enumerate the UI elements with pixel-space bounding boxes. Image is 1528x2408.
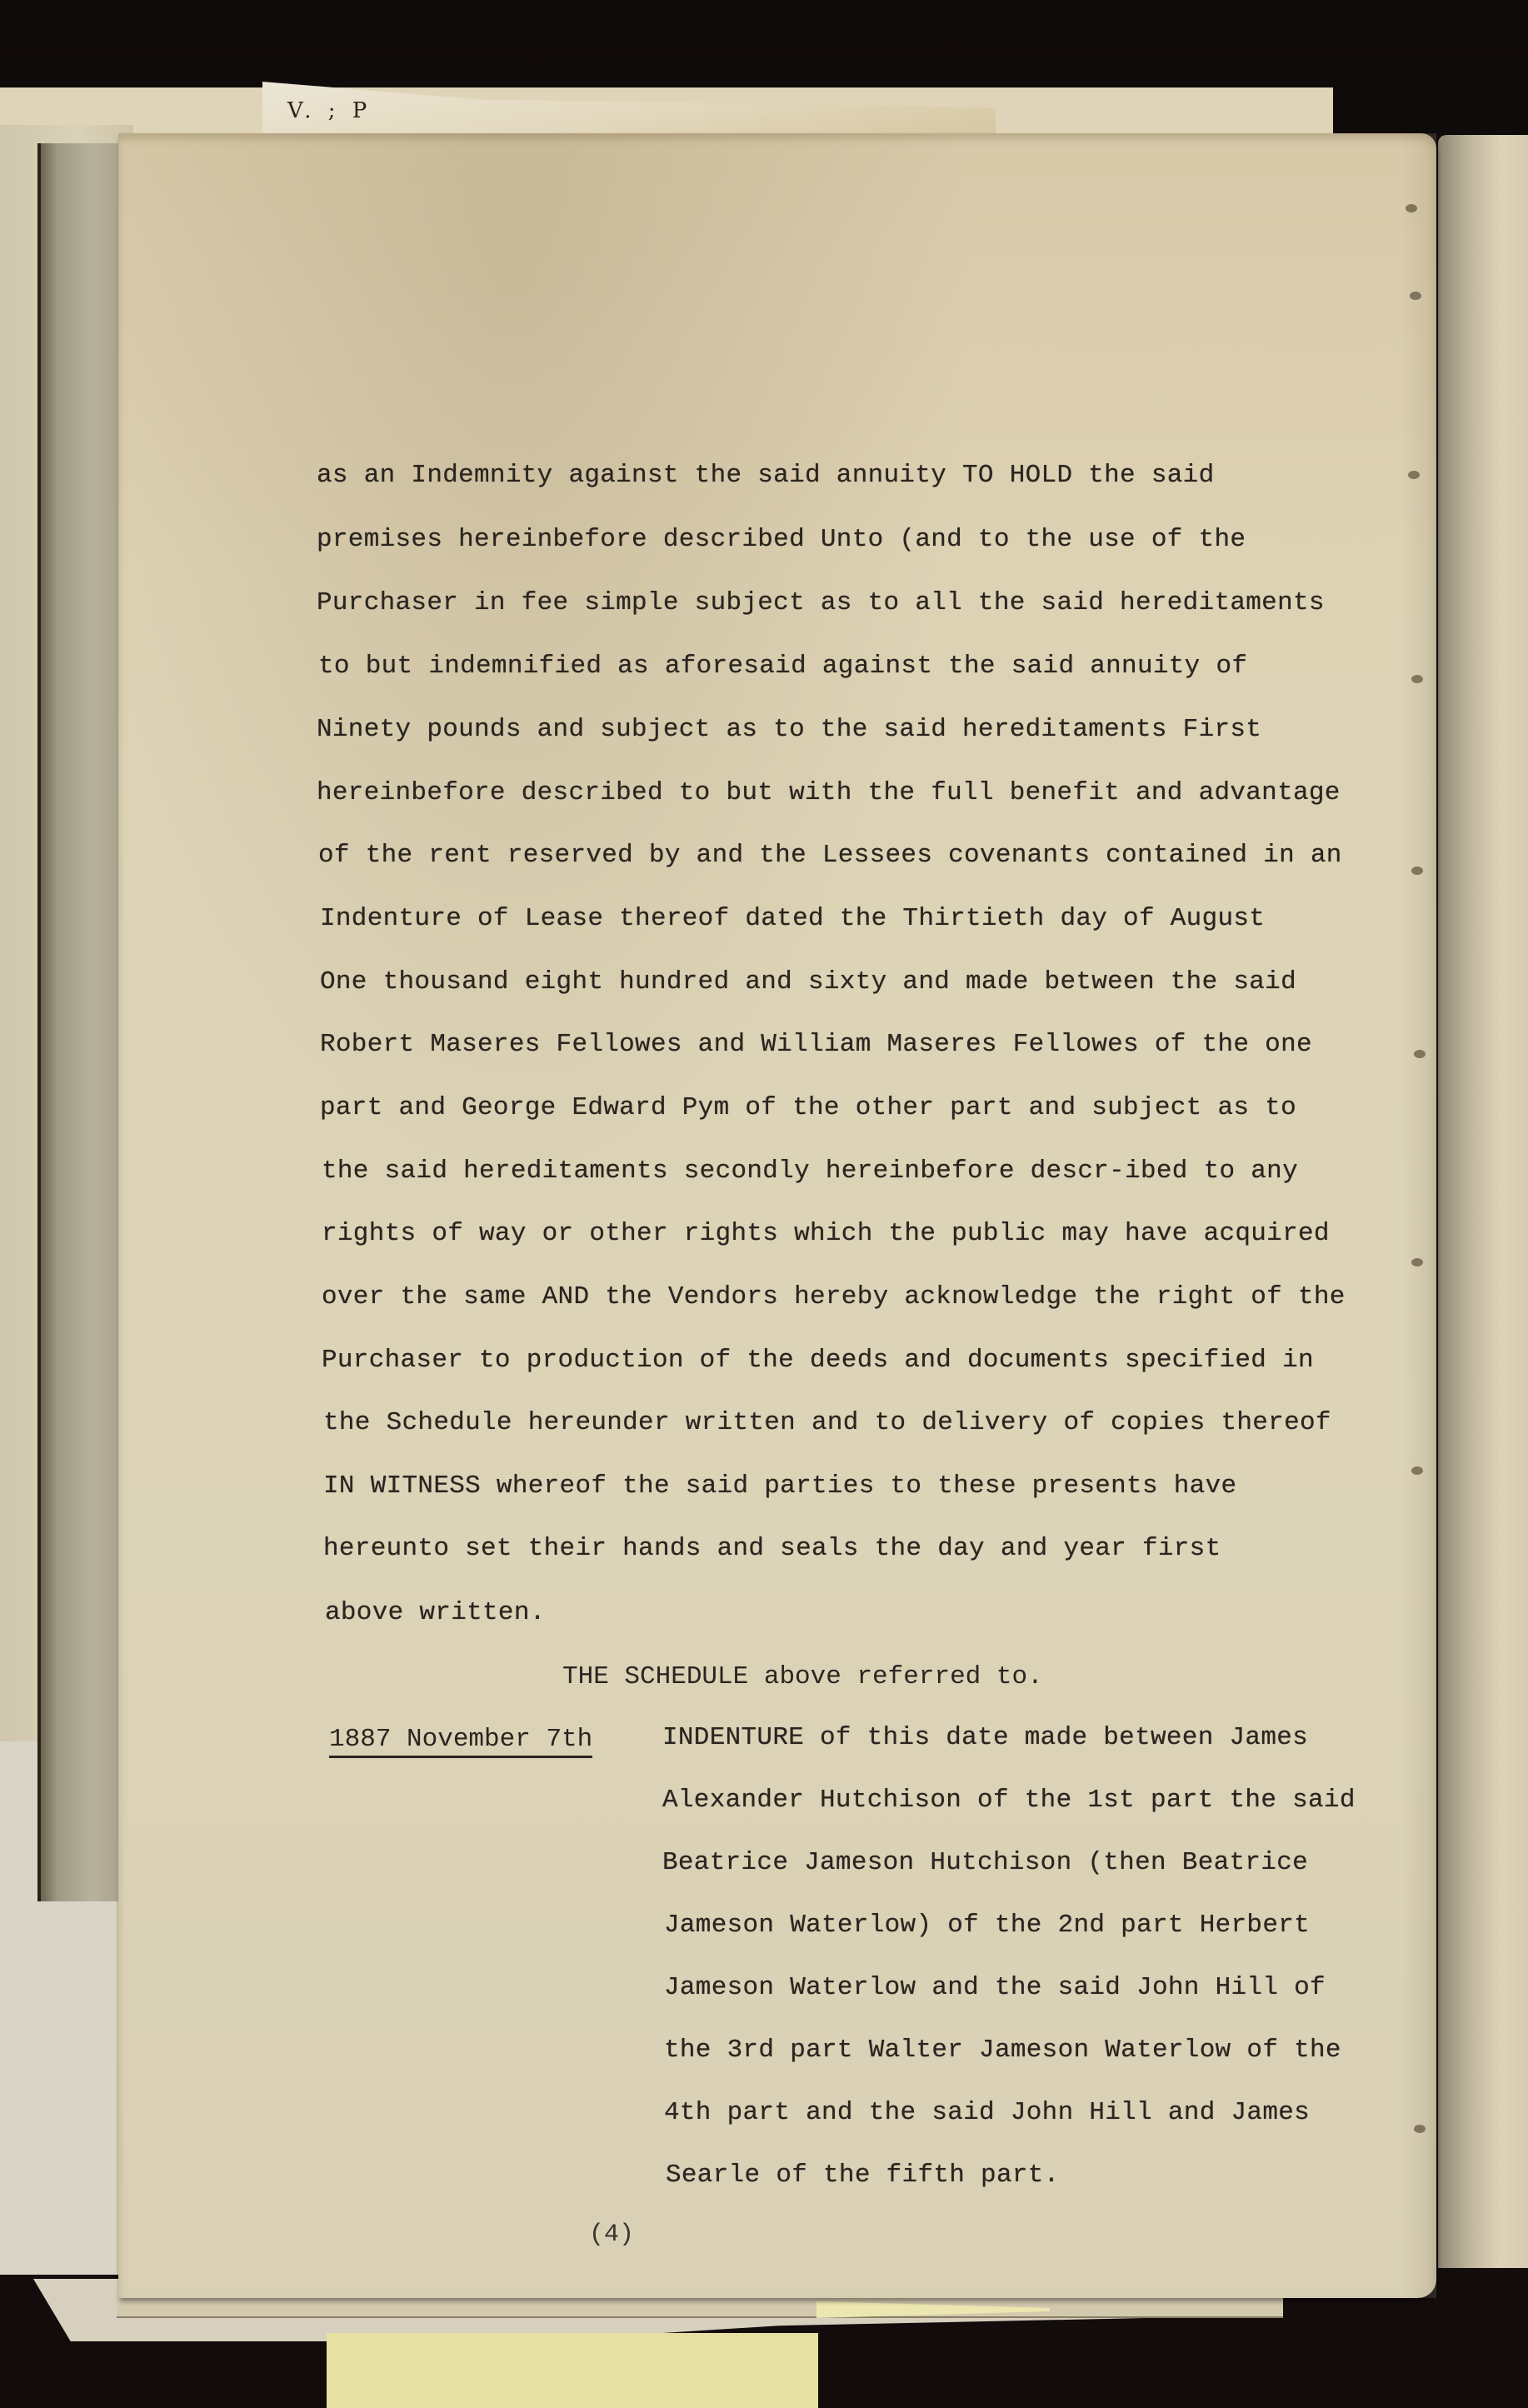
body-line: hereinbefore described to but with the f… bbox=[317, 780, 1341, 806]
body-line: to but indemnified as aforesaid against … bbox=[318, 653, 1247, 679]
right-facing-page-edge bbox=[1438, 135, 1528, 2268]
body-line: above written. bbox=[325, 1600, 546, 1626]
schedule-line: Jameson Waterlow) of the 2nd part Herber… bbox=[664, 1912, 1310, 1938]
binding-hole bbox=[1406, 204, 1417, 212]
body-line: rights of way or other rights which the … bbox=[322, 1221, 1330, 1246]
body-line: over the same AND the Vendors hereby ack… bbox=[322, 1284, 1346, 1310]
schedule-line: Jameson Waterlow and the said John Hill … bbox=[664, 1975, 1326, 2001]
schedule-line: the 3rd part Walter Jameson Waterlow of … bbox=[664, 2037, 1341, 2063]
schedule-line: Beatrice Jameson Hutchison (then Beatric… bbox=[662, 1850, 1308, 1876]
body-line: the said hereditaments secondly hereinbe… bbox=[322, 1158, 1298, 1184]
binding-hole bbox=[1414, 1050, 1426, 1058]
page-edge-stains bbox=[1401, 133, 1436, 2298]
body-line: Purchaser to production of the deeds and… bbox=[322, 1347, 1314, 1373]
binding-hole bbox=[1411, 1258, 1423, 1266]
binding-hole bbox=[1408, 471, 1420, 479]
body-line: as an Indemnity against the said annuity… bbox=[317, 462, 1214, 488]
body-line: Ninety pounds and subject as to the said… bbox=[317, 717, 1261, 742]
body-line: the Schedule hereunder written and to de… bbox=[323, 1410, 1331, 1436]
body-line: premises hereinbefore described Unto (an… bbox=[317, 527, 1246, 552]
body-line: part and George Edward Pym of the other … bbox=[320, 1095, 1296, 1121]
body-line: Purchaser in fee simple subject as to al… bbox=[317, 590, 1325, 616]
body-line: hereunto set their hands and seals the d… bbox=[323, 1536, 1221, 1561]
binding-hole bbox=[1414, 2125, 1426, 2133]
yellow-paper-slip bbox=[327, 2333, 818, 2408]
body-line: Indenture of Lease thereof dated the Thi… bbox=[320, 906, 1265, 932]
schedule-line: 4th part and the said John Hill and Jame… bbox=[664, 2100, 1310, 2126]
top-tab-handwritten-marks: V. ; P bbox=[287, 98, 372, 123]
schedule-line: Searle of the fifth part. bbox=[666, 2162, 1060, 2188]
schedule-date: 1887 November 7th bbox=[329, 1725, 592, 1758]
body-line: Robert Maseres Fellowes and William Mase… bbox=[320, 1032, 1312, 1057]
binding-hole bbox=[1411, 1466, 1423, 1475]
body-line: of the rent reserved by and the Lessees … bbox=[318, 842, 1342, 868]
page-number: (4) bbox=[589, 2221, 634, 2249]
binding-hole bbox=[1410, 292, 1421, 300]
body-line: One thousand eight hundred and sixty and… bbox=[320, 969, 1296, 995]
schedule-heading: THE SCHEDULE above referred to. bbox=[562, 1662, 1043, 1691]
body-line: IN WITNESS whereof the said parties to t… bbox=[323, 1473, 1236, 1499]
binding-hole bbox=[1411, 675, 1423, 683]
binding-hole bbox=[1411, 867, 1423, 875]
schedule-line: INDENTURE of this date made between Jame… bbox=[662, 1725, 1308, 1751]
schedule-line: Alexander Hutchison of the 1st part the … bbox=[662, 1787, 1356, 1813]
left-binding-fold bbox=[37, 143, 124, 1901]
